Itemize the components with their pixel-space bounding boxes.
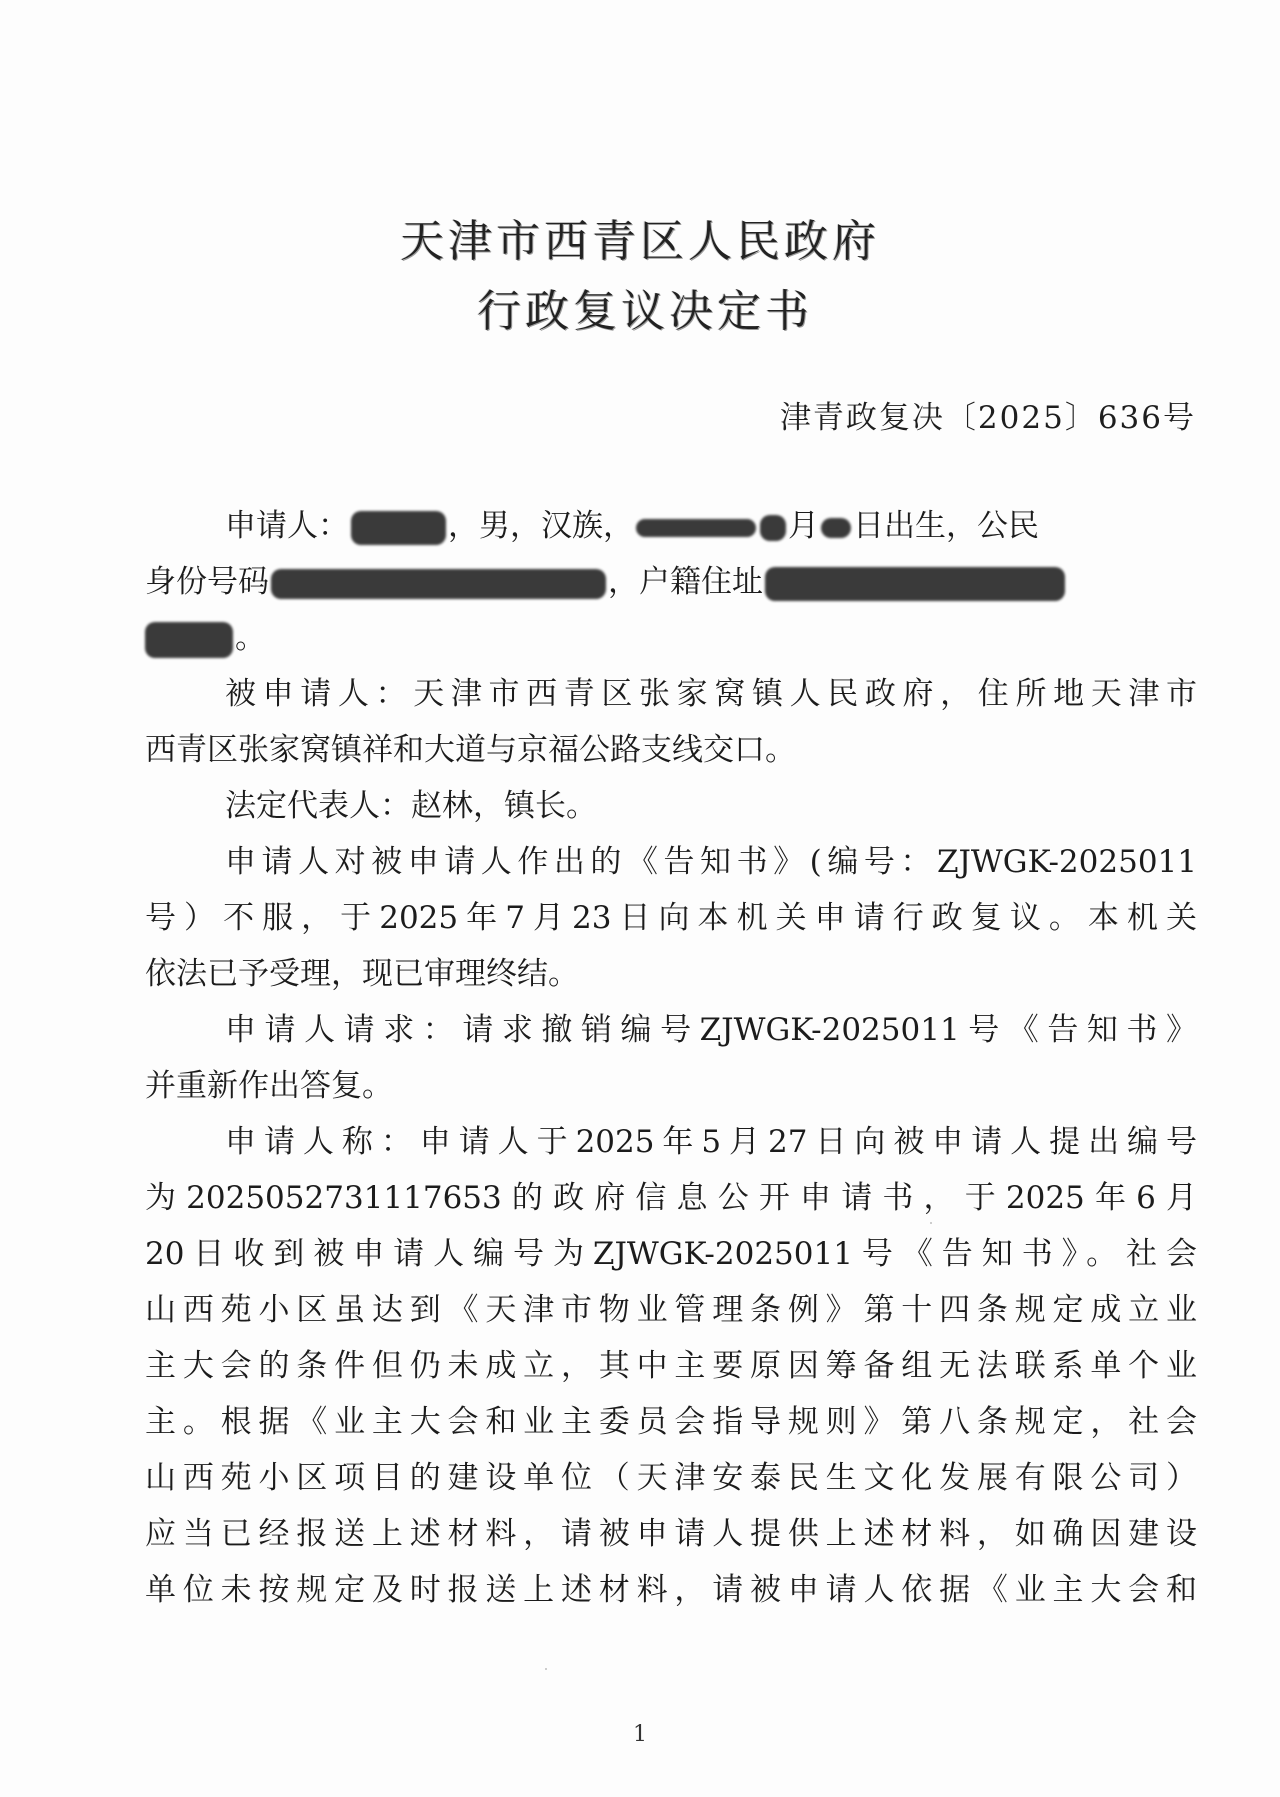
legal-rep-line: 法定代表人：赵林，镇长。 — [145, 778, 1197, 834]
address-label: ，户籍住址 — [608, 564, 763, 600]
request-line-1: 申请人请求：请求撤销编号ZJWGK-2025011号《告知书》 — [145, 1002, 1197, 1058]
claim-line-4: 山西苑小区虽达到《天津市物业管理条例》第十四条规定成立业 — [145, 1282, 1197, 1338]
id-label: 身份号码 — [145, 564, 269, 600]
intro-line-3: 依法已予受理，现已审理终结。 — [145, 946, 1197, 1002]
document-body: 申请人：，男，汉族，月日出生，公民 身份号码，户籍住址 。 被申请人：天津市西青… — [145, 498, 1197, 1618]
applicant-line-1: 申请人：，男，汉族，月日出生，公民 — [145, 498, 1197, 554]
redaction-birth-month — [760, 515, 786, 541]
document-page: 天津市西青区人民政府 行政复议决定书 津青政复决〔2025〕636号 申请人：，… — [0, 0, 1280, 1797]
claim-line-6: 主。根据《业主大会和业主委员会指导规则》第八条规定，社会 — [145, 1394, 1197, 1450]
claim-line-2: 为2025052731117653的政府信息公开申请书，于2025年6月 — [145, 1170, 1197, 1226]
document-title-type: 行政复议决定书 — [5, 275, 1280, 339]
applicant-line-3: 。 — [145, 610, 1197, 666]
redaction-address-cont — [145, 622, 233, 658]
scan-speck — [545, 1668, 547, 1670]
applicant-label: 申请人： — [225, 508, 349, 544]
intro-line-1: 申请人对被申请人作出的《告知书》(编号：ZJWGK-2025011 — [145, 834, 1197, 890]
scan-speck — [930, 1222, 932, 1224]
page-number: 1 — [0, 1722, 1280, 1747]
birth-suffix: 日出生，公民 — [853, 508, 1039, 544]
respondent-line-2: 西青区张家窝镇祥和大道与京福公路支线交口。 — [145, 722, 1197, 778]
redaction-address — [765, 567, 1065, 601]
respondent-line-1: 被申请人：天津市西青区张家窝镇人民政府，住所地天津市 — [145, 666, 1197, 722]
redaction-name — [351, 511, 446, 545]
applicant-gender-ethnicity: ，男，汉族， — [448, 508, 634, 544]
claim-line-8: 应当已经报送上述材料，请被申请人提供上述材料，如确因建设 — [145, 1506, 1197, 1562]
claim-line-3: 20日收到被申请人编号为ZJWGK-2025011号《告知书》。社会 — [145, 1226, 1197, 1282]
document-number: 津青政复决〔2025〕636号 — [780, 392, 1196, 437]
request-line-2: 并重新作出答复。 — [145, 1058, 1197, 1114]
intro-line-2: 号）不服，于2025年7月23日向本机关申请行政复议。本机关 — [145, 890, 1197, 946]
redaction-id-number — [271, 569, 606, 599]
redaction-birth-year — [636, 519, 756, 537]
redaction-birth-day — [821, 518, 851, 538]
claim-line-7: 山西苑小区项目的建设单位（天津安泰民生文化发展有限公司） — [145, 1450, 1197, 1506]
claim-line-1: 申请人称：申请人于2025年5月27日向被申请人提出编号 — [145, 1114, 1197, 1170]
claim-line-5: 主大会的条件但仍未成立，其中主要原因筹备组无法联系单个业 — [145, 1338, 1197, 1394]
applicant-line-2: 身份号码，户籍住址 — [145, 554, 1197, 610]
document-title-issuer: 天津市西青区人民政府 — [0, 205, 1280, 269]
period: 。 — [235, 620, 266, 656]
month-label: 月 — [788, 508, 819, 544]
claim-line-9: 单位未按规定及时报送上述材料，请被申请人依据《业主大会和 — [145, 1562, 1197, 1618]
